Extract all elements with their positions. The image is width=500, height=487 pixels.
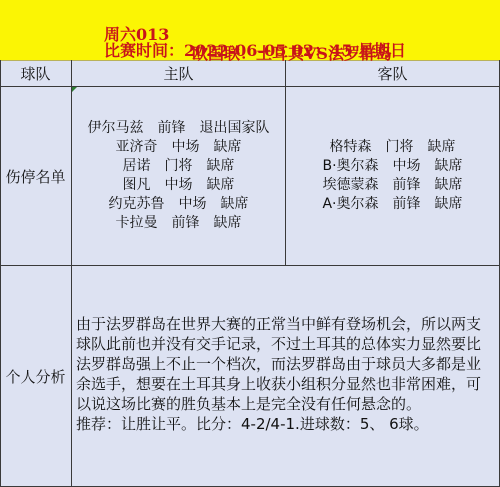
list-item: 埃德蒙森 前锋 缺席: [323, 176, 463, 195]
list-item: 图凡 中场 缺席: [123, 176, 235, 195]
match-preview-card: 周六013 欧国联：土耳其VS法罗群岛 比赛时间：2022-06-05 02：4…: [0, 0, 500, 487]
analysis-content: 由于法罗群岛在世界大赛的正常当中鲜有登场机会，所以两支球队此前也并没有交手记录，…: [72, 266, 500, 487]
analysis-label: 个人分析: [0, 266, 72, 487]
list-item: 亚济奇 中场 缺席: [116, 138, 242, 157]
list-item: 格特森 门将 缺席: [330, 138, 456, 157]
list-item: 居诺 门将 缺席: [123, 157, 235, 176]
away-injury-list: 格特森 门将 缺席 B·奥尔森 中场 缺席 埃德蒙森 前锋 缺席 A·奥尔森 前…: [286, 87, 500, 266]
recommendation-text: 推荐：让胜让平。比分：4-2/4-1.进球数：5、 6球。: [76, 414, 493, 434]
list-item: 卡拉曼 前锋 缺席: [116, 214, 242, 233]
list-item: 约克苏鲁 中场 缺席: [109, 195, 249, 214]
analysis-text: 由于法罗群岛在世界大赛的正常当中鲜有登场机会，所以两支球队此前也并没有交手记录，…: [76, 314, 493, 414]
header-home: 主队: [72, 60, 286, 87]
list-item: A·奥尔森 前锋 缺席: [322, 195, 462, 214]
header-team: 球队: [0, 60, 72, 87]
cell-comment-marker-icon: [72, 87, 77, 92]
match-banner: 周六013 欧国联：土耳其VS法罗群岛 比赛时间：2022-06-05 02：4…: [0, 0, 500, 61]
injury-label: 伤停名单: [0, 87, 72, 266]
list-item: 伊尔马兹 前锋 退出国家队: [88, 119, 270, 138]
match-table: 球队 主队 客队 伤停名单 伊尔马兹 前锋 退出国家队 亚济奇 中场 缺席 居诺…: [0, 60, 500, 487]
match-time: 比赛时间：2022-06-05 02：45 星期日: [104, 38, 406, 61]
list-item: B·奥尔森 中场 缺席: [322, 157, 462, 176]
header-away: 客队: [286, 60, 500, 87]
home-injury-list: 伊尔马兹 前锋 退出国家队 亚济奇 中场 缺席 居诺 门将 缺席 图凡 中场 缺…: [72, 87, 286, 266]
